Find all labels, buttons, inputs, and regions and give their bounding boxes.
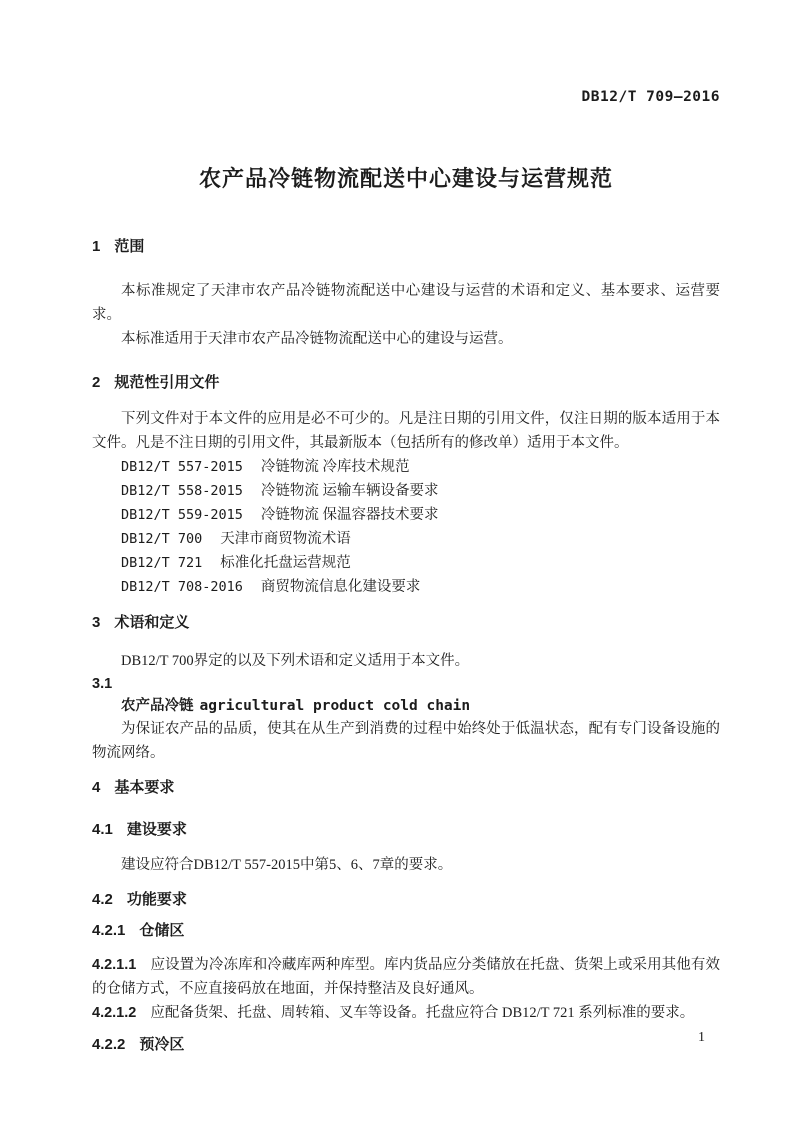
term-definition: 为保证农产品的品质，使其在从生产到消费的过程中始终处于低温状态，配有专门设备设施… — [92, 717, 720, 765]
references-intro: 下列文件对于本文件的应用是必不可少的。凡是注日期的引用文件，仅注日期的版本适用于… — [92, 407, 720, 455]
section-heading-normative-references: 2规范性引用文件 — [92, 373, 720, 393]
reference-code: DB12/T 708-2016 — [121, 579, 243, 595]
references-list: DB12/T 557-2015冷链物流 冷库技术规范 DB12/T 558-20… — [92, 455, 720, 599]
clause-4-2-1-2: 4.2.1.2应配备货架、托盘、周转箱、叉车等设备。托盘应符合 DB12/T 7… — [92, 1001, 720, 1025]
section-title: 术语和定义 — [114, 614, 189, 631]
reference-name: 标准化托盘运营规范 — [220, 555, 351, 571]
terms-intro: DB12/T 700界定的以及下列术语和定义适用于本文件。 — [92, 649, 720, 673]
section-number: 4 — [92, 779, 100, 796]
section-title: 预冷区 — [139, 1036, 184, 1053]
term-number: 3.1 — [92, 673, 720, 695]
section-number: 2 — [92, 374, 100, 391]
construction-requirements-paragraph: 建设应符合DB12/T 557-2015中第5、6、7章的要求。 — [92, 853, 720, 877]
section-title: 仓储区 — [139, 922, 184, 939]
reference-code: DB12/T 557-2015 — [121, 459, 243, 475]
section-heading-scope: 1范围 — [92, 237, 720, 257]
reference-item: DB12/T 559-2015冷链物流 保温容器技术要求 — [92, 503, 720, 527]
clause-text: 应设置为冷冻库和冷藏库两种库型。库内货品应分类储放在托盘、货架上或采用其他有效的… — [92, 957, 720, 997]
standard-code: DB12/T 709—2016 — [582, 89, 720, 105]
reference-name: 天津市商贸物流术语 — [220, 531, 351, 547]
scope-paragraph-1: 本标准规定了天津市农产品冷链物流配送中心建设与运营的术语和定义、基本要求、运营要… — [92, 279, 720, 327]
section-number: 1 — [92, 238, 100, 255]
scope-paragraph-2: 本标准适用于天津市农产品冷链物流配送中心的建设与运营。 — [92, 327, 720, 351]
reference-code: DB12/T 559-2015 — [121, 507, 243, 523]
section-number: 3 — [92, 614, 100, 631]
section-title: 规范性引用文件 — [114, 374, 219, 391]
document-header: DB12/T 709—2016 — [92, 0, 720, 106]
section-title: 范围 — [114, 238, 144, 255]
page-number: 1 — [698, 1030, 705, 1046]
section-heading-functional-requirements: 4.2功能要求 — [92, 890, 720, 910]
clause-4-2-1-1: 4.2.1.1应设置为冷冻库和冷藏库两种库型。库内货品应分类储放在托盘、货架上或… — [92, 953, 720, 1001]
clause-number: 4.2.1.2 — [92, 1005, 136, 1021]
section-heading-storage-area: 4.2.1仓储区 — [92, 921, 720, 941]
section-heading-precooling-area: 4.2.2预冷区 — [92, 1035, 720, 1055]
reference-name: 冷链物流 保温容器技术要求 — [261, 507, 439, 523]
term-english: agricultural product cold chain — [200, 698, 471, 714]
section-number: 4.2 — [92, 891, 113, 908]
section-number: 4.2.1 — [92, 922, 125, 939]
section-heading-basic-requirements: 4基本要求 — [92, 778, 720, 798]
reference-item: DB12/T 700天津市商贸物流术语 — [92, 527, 720, 551]
section-title: 建设要求 — [127, 821, 187, 838]
section-heading-construction-requirements: 4.1建设要求 — [92, 820, 720, 840]
clause-text: 应配备货架、托盘、周转箱、叉车等设备。托盘应符合 DB12/T 721 系列标准… — [150, 1005, 694, 1021]
section-number: 4.1 — [92, 821, 113, 838]
section-title: 基本要求 — [114, 779, 174, 796]
document-title: 农产品冷链物流配送中心建设与运营规范 — [92, 162, 720, 193]
term-chinese: 农产品冷链 — [121, 698, 194, 714]
reference-item: DB12/T 558-2015冷链物流 运输车辆设备要求 — [92, 479, 720, 503]
reference-item: DB12/T 721标准化托盘运营规范 — [92, 551, 720, 575]
reference-name: 商贸物流信息化建设要求 — [261, 579, 421, 595]
reference-item: DB12/T 557-2015冷链物流 冷库技术规范 — [92, 455, 720, 479]
reference-code: DB12/T 558-2015 — [121, 483, 243, 499]
reference-code: DB12/T 721 — [121, 555, 202, 571]
term-heading: 农产品冷链agricultural product cold chain — [92, 695, 720, 717]
reference-name: 冷链物流 运输车辆设备要求 — [261, 483, 439, 499]
section-title: 功能要求 — [127, 891, 187, 908]
clause-number: 4.2.1.1 — [92, 957, 136, 973]
reference-code: DB12/T 700 — [121, 531, 202, 547]
section-heading-terms: 3术语和定义 — [92, 613, 720, 633]
section-number: 4.2.2 — [92, 1036, 125, 1053]
reference-name: 冷链物流 冷库技术规范 — [261, 459, 410, 475]
document-page: DB12/T 709—2016 农产品冷链物流配送中心建设与运营规范 1范围 本… — [0, 0, 793, 1122]
document-content: DB12/T 709—2016 农产品冷链物流配送中心建设与运营规范 1范围 本… — [92, 0, 720, 1055]
reference-item: DB12/T 708-2016商贸物流信息化建设要求 — [92, 575, 720, 599]
